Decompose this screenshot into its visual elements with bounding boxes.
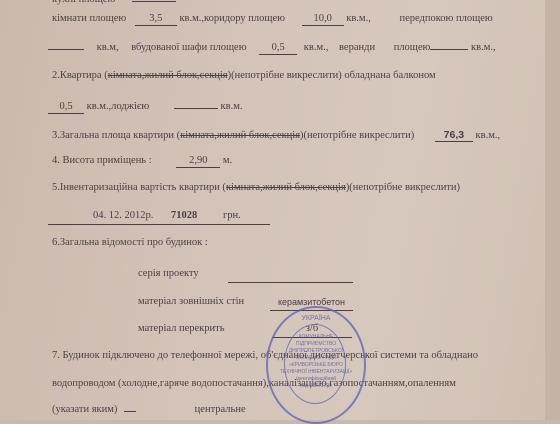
item-3-prefix: 3.Загальна площа квартири ( (52, 130, 180, 141)
room-label: кімнати площею (52, 13, 126, 24)
struck-text: кімната,жилий блок,секція (108, 70, 228, 81)
kitchen-label: кухні площею (52, 0, 115, 5)
balcony-line: 0,5 кв.м.,лоджією кв.м. (48, 101, 242, 114)
balcony-value: 0,5 (48, 101, 84, 114)
stamp-line: ТЕХНІЧНОЇ ІНВЕНТАРИЗАЦІЇ» (268, 369, 364, 375)
unit-label: кв.м, (97, 42, 119, 53)
loggia-value (174, 108, 218, 109)
kitchen-line: кухні площею (52, 0, 176, 5)
corridor-label: кв.м.,коридору площею (179, 13, 285, 24)
struck-text: кімната,жилий блок,секція (226, 182, 346, 193)
room-value: 3,5 (135, 13, 177, 26)
heating-label: (указати яким) (52, 404, 117, 415)
closet-label: вбудованої шафи площею (131, 42, 246, 53)
veranda-area-label: площею (394, 42, 431, 53)
stamp-line: «КРИВОРІЗЬКЕ БЮРО (268, 362, 364, 368)
valuation-date: 04. 12. 2012р. (93, 210, 153, 221)
kitchen-value (132, 1, 176, 2)
floors-label: матеріал перекрить (138, 323, 225, 334)
loggia-label: кв.м.,лоджією (87, 101, 150, 112)
heating-blank (124, 411, 136, 412)
item-7-line-3: (указати яким) центральне (52, 404, 246, 415)
walls-label: матеріал зовнішніх стін (138, 296, 244, 307)
heating-value: центральне (195, 404, 246, 415)
official-stamp: УКРАЇНА КОМУНАЛЬНЕ ПІДПРИЄМСТВО ДНІПРОПЕ… (266, 306, 366, 420)
corridor-value: 10,0 (302, 13, 344, 26)
item-4: 4. Висота приміщень : 2,90 м. (52, 155, 232, 168)
struck-text: кімната,жилий блок,секція (180, 130, 300, 141)
stamp-line: ОБЛАСНОЇ РАДИ (268, 355, 364, 361)
unit-label: кв.м., (476, 130, 501, 141)
valuation-amount: 71028 (171, 210, 197, 221)
item-5-prefix: 5.Інвентаризаційна вартість квартири ( (52, 182, 226, 193)
stamp-line: ідентифікаційний (268, 376, 364, 382)
series-label: серія проекту (138, 268, 199, 279)
stamp-line: ДНІПРОПЕТРОВСЬКОЇ (268, 348, 364, 354)
item-2-prefix: 2.Квартира ( (52, 70, 108, 81)
item-3: 3.Загальна площа квартири (кімната,жилий… (52, 129, 500, 142)
item-7-line-1: 7. Будинок підключено до телефонної мере… (52, 350, 478, 361)
currency-label: грн. (223, 210, 241, 221)
stamp-line: код 03341799 (268, 383, 364, 389)
stamp-line: ПІДПРИЄМСТВО (268, 341, 364, 347)
item-5-suffix: )(непотрібне викреслити) (346, 182, 460, 193)
item-2-suffix: )(непотрібне викреслити) обладнана балко… (228, 70, 436, 81)
room-area-line: кімнати площею 3,5 кв.м.,коридору площею… (52, 13, 493, 26)
height-label: 4. Висота приміщень : (52, 155, 152, 166)
unit-label: кв.м., (471, 42, 496, 53)
closet-value: 0,5 (259, 42, 297, 55)
item-3-suffix: )(непотрібне викреслити) (300, 130, 414, 141)
unit-label: кв.м. (221, 101, 243, 112)
background-edge (545, 0, 560, 420)
hall-value (48, 49, 84, 50)
stamp-line: КОМУНАЛЬНЕ (268, 334, 364, 340)
total-area-value: 76,3 (435, 129, 473, 142)
item-5: 5.Інвентаризаційна вартість квартири (кі… (52, 182, 460, 193)
item-6-title: 6.Загальна відомості про будинок : (52, 237, 208, 248)
series-value (228, 268, 353, 283)
item-2: 2.Квартира (кімната,жилий блок,секція)(н… (52, 70, 436, 81)
closet-line: кв.м, вбудованої шафи площею 0,5 кв.м., … (48, 42, 496, 55)
document-page: кухні площею кімнати площею 3,5 кв.м.,ко… (0, 0, 546, 420)
unit-label: кв.м., (346, 13, 371, 24)
unit-label: м. (223, 155, 232, 166)
height-value: 2,90 (176, 155, 220, 168)
stamp-top-text: УКРАЇНА (268, 316, 364, 322)
unit-label: кв.м., (304, 42, 329, 53)
veranda-label: веранди (339, 42, 375, 53)
veranda-value (430, 49, 468, 50)
hall-label: передпокою площею (399, 13, 492, 24)
valuation-line: 04. 12. 2012р. 71028 грн. (48, 210, 270, 225)
item-7-line-2: водопроводом (холодне,гаряче водопостача… (52, 378, 456, 389)
